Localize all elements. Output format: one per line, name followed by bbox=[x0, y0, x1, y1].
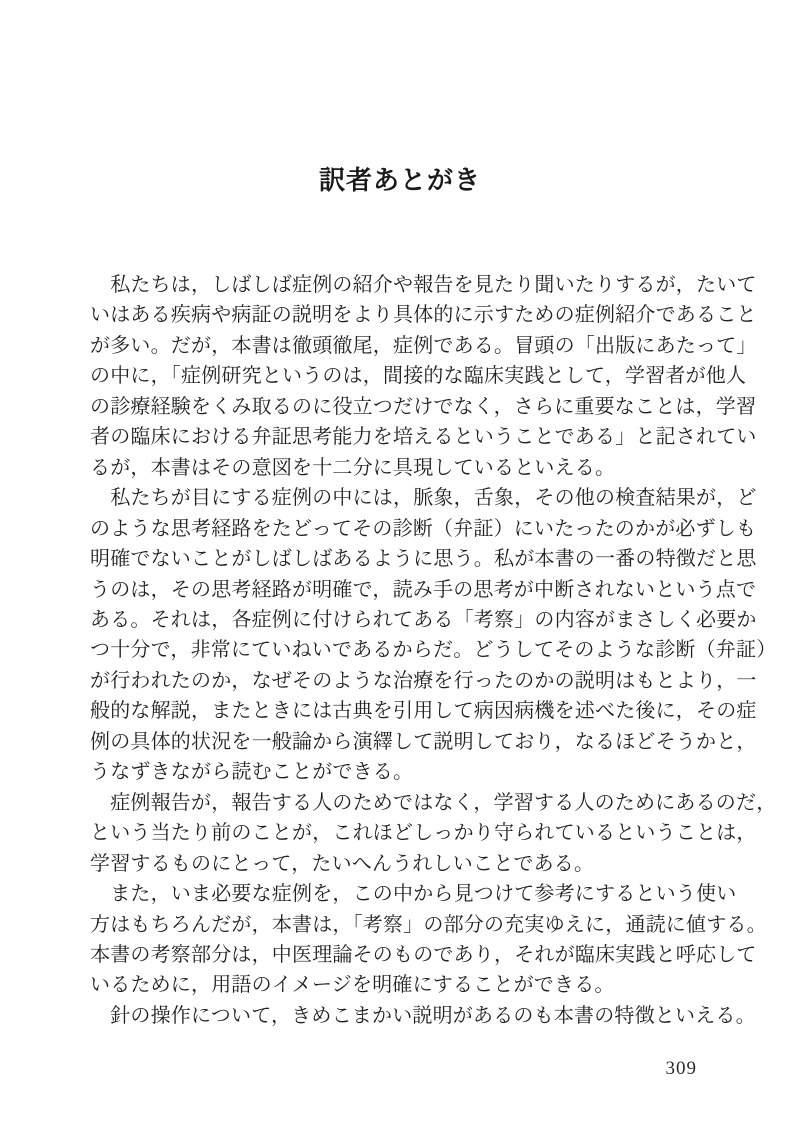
text-line: 方はもちろんだが，本書は，「考察」の部分の充実ゆえに，通読に値する。 bbox=[90, 910, 710, 940]
text-line: 私たちは，しばしば症例の紹介や報告を見たり聞いたりするが，たいて bbox=[90, 270, 710, 300]
text-line: 本書の考察部分は，中医理論そのものであり，それが臨床実践と呼応して bbox=[90, 940, 710, 970]
text-line: の中に，「症例研究というのは，間接的な臨床実践として，学習者が他人 bbox=[90, 361, 710, 391]
paragraph: 針の操作について，きめこまかい説明があるのも本書の特徴といえる。 bbox=[90, 1001, 710, 1031]
text-line: 症例報告が，報告する人のためではなく，学習する人のためにあるのだ， bbox=[90, 788, 710, 818]
page-number: 309 bbox=[666, 1058, 698, 1080]
page-title: 訳者あとがき bbox=[0, 160, 800, 197]
text-line: が多い。だが，本書は徹頭徹尾，症例である。冒頭の「出版にあたって」 bbox=[90, 331, 710, 361]
text-line: という当たり前のことが，これほどしっかり守られているということは， bbox=[90, 818, 710, 848]
text-line: いるために，用語のイメージを明確にすることができる。 bbox=[90, 970, 710, 1000]
paragraph: 私たちが目にする症例の中には，脈象，舌象，その他の検査結果が，ど のような思考経… bbox=[90, 483, 710, 788]
text-line: 私たちが目にする症例の中には，脈象，舌象，その他の検査結果が，ど bbox=[90, 483, 710, 513]
text-line: るが，本書はその意図を十二分に具現しているといえる。 bbox=[90, 453, 710, 483]
text-line: うなずきながら読むことができる。 bbox=[90, 757, 710, 787]
paragraph: 症例報告が，報告する人のためではなく，学習する人のためにあるのだ， という当たり… bbox=[90, 788, 710, 879]
book-page: 訳者あとがき 私たちは，しばしば症例の紹介や報告を見たり聞いたりするが，たいて … bbox=[0, 0, 800, 1135]
body-text: 私たちは，しばしば症例の紹介や報告を見たり聞いたりするが，たいて いはある疾病や… bbox=[90, 270, 710, 1031]
text-line: 針の操作について，きめこまかい説明があるのも本書の特徴といえる。 bbox=[90, 1001, 710, 1031]
text-line: のような思考経路をたどってその診断（弁証）にいたったのかが必ずしも bbox=[90, 514, 710, 544]
text-line: の診療経験をくみ取るのに役立つだけでなく，さらに重要なことは，学習 bbox=[90, 392, 710, 422]
text-line: 例の具体的状況を一般論から演繹して説明しており，なるほどそうかと， bbox=[90, 727, 710, 757]
text-line: ある。それは，各症例に付けられてある「考察」の内容がまさしく必要か bbox=[90, 605, 710, 635]
text-line: つ十分で，非常にていねいであるからだ。どうしてそのような診断（弁証） bbox=[90, 635, 710, 665]
paragraph: また，いま必要な症例を，この中から見つけて参考にするという使い 方はもちろんだが… bbox=[90, 879, 710, 1001]
paragraph: 私たちは，しばしば症例の紹介や報告を見たり聞いたりするが，たいて いはある疾病や… bbox=[90, 270, 710, 483]
text-line: 般的な解説，またときには古典を引用して病因病機を述べた後に，その症 bbox=[90, 696, 710, 726]
text-line: 学習するものにとって，たいへんうれしいことである。 bbox=[90, 849, 710, 879]
text-line: 明確でないことがしばしばあるように思う。私が本書の一番の特徴だと思 bbox=[90, 544, 710, 574]
text-line: いはある疾病や病証の説明をより具体的に示すための症例紹介であること bbox=[90, 300, 710, 330]
text-line: が行われたのか，なぜそのような治療を行ったのかの説明はもとより，一 bbox=[90, 666, 710, 696]
text-line: また，いま必要な症例を，この中から見つけて参考にするという使い bbox=[90, 879, 710, 909]
text-line: 者の臨床における弁証思考能力を培えるということである」と記されてい bbox=[90, 422, 710, 452]
text-line: うのは，その思考経路が明確で，読み手の思考が中断されないという点で bbox=[90, 575, 710, 605]
